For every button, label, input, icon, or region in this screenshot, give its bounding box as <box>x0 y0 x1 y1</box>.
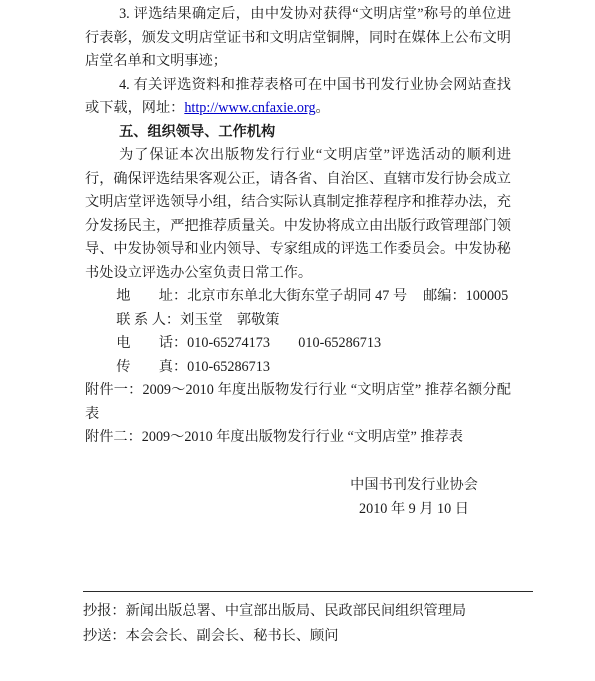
contact-address: 地 址：北京市东单北大街东堂子胡同 47 号 <box>116 288 407 304</box>
document-footer: 抄报：新闻出版总署、中宣部出版局、民政部民间组织管理局 抄送：本会会长、副会长、… <box>83 591 533 648</box>
footer-copy-send-line: 抄送：本会会长、副会长、秘书长、顾问 <box>83 624 533 649</box>
section-heading: 五、组织领导、工作机构 <box>85 121 511 145</box>
contact-block: 地 址：北京市东单北大街东堂子胡同 47 号邮编：100005 联 系 人：刘玉… <box>85 285 511 379</box>
website-link[interactable]: http://www.cnfaxie.org <box>184 100 315 116</box>
list-item-4: 4. 有关评选资料和推荐表格可在中国书刊发行业协会网站查找或下载，网址：http… <box>85 74 511 121</box>
contact-person-line: 联 系 人：刘玉堂 郭敬策 <box>85 309 511 333</box>
contact-postal-code: 邮编：100005 <box>423 288 508 304</box>
signature-block: 中国书刊发行业协会 2010 年 9 月 10 日 <box>85 473 511 521</box>
footer-copy-report-line: 抄报：新闻出版总署、中宣部出版局、民政部民间组织管理局 <box>83 599 533 624</box>
contact-fax-line: 传 真：010-65286713 <box>85 356 511 380</box>
signature-date: 2010 年 9 月 10 日 <box>317 497 511 521</box>
attachment-1: 附件一：2009～2010 年度出版物发行行业 “文明店堂” 推荐名额分配表 <box>85 379 511 426</box>
list-item-4-period: 。 <box>316 100 330 116</box>
contact-phone-line: 电 话：010-65274173 010-65286713 <box>85 332 511 356</box>
document-body: 3. 评选结果确定后，由中发协对获得“文明店堂”称号的单位进行表彰，颁发文明店堂… <box>85 3 511 521</box>
document-page: 3. 评选结果确定后，由中发协对获得“文明店堂”称号的单位进行表彰，颁发文明店堂… <box>0 0 595 681</box>
signature-org: 中国书刊发行业协会 <box>317 473 511 497</box>
section-paragraph: 为了保证本次出版物发行行业“文明店堂”评选活动的顺利进行，确保评选结果客观公正，… <box>85 144 511 285</box>
list-item-3: 3. 评选结果确定后，由中发协对获得“文明店堂”称号的单位进行表彰，颁发文明店堂… <box>85 3 511 74</box>
attachment-2: 附件二：2009～2010 年度出版物发行行业 “文明店堂” 推荐表 <box>85 426 511 450</box>
contact-address-line: 地 址：北京市东单北大街东堂子胡同 47 号邮编：100005 <box>85 285 511 309</box>
